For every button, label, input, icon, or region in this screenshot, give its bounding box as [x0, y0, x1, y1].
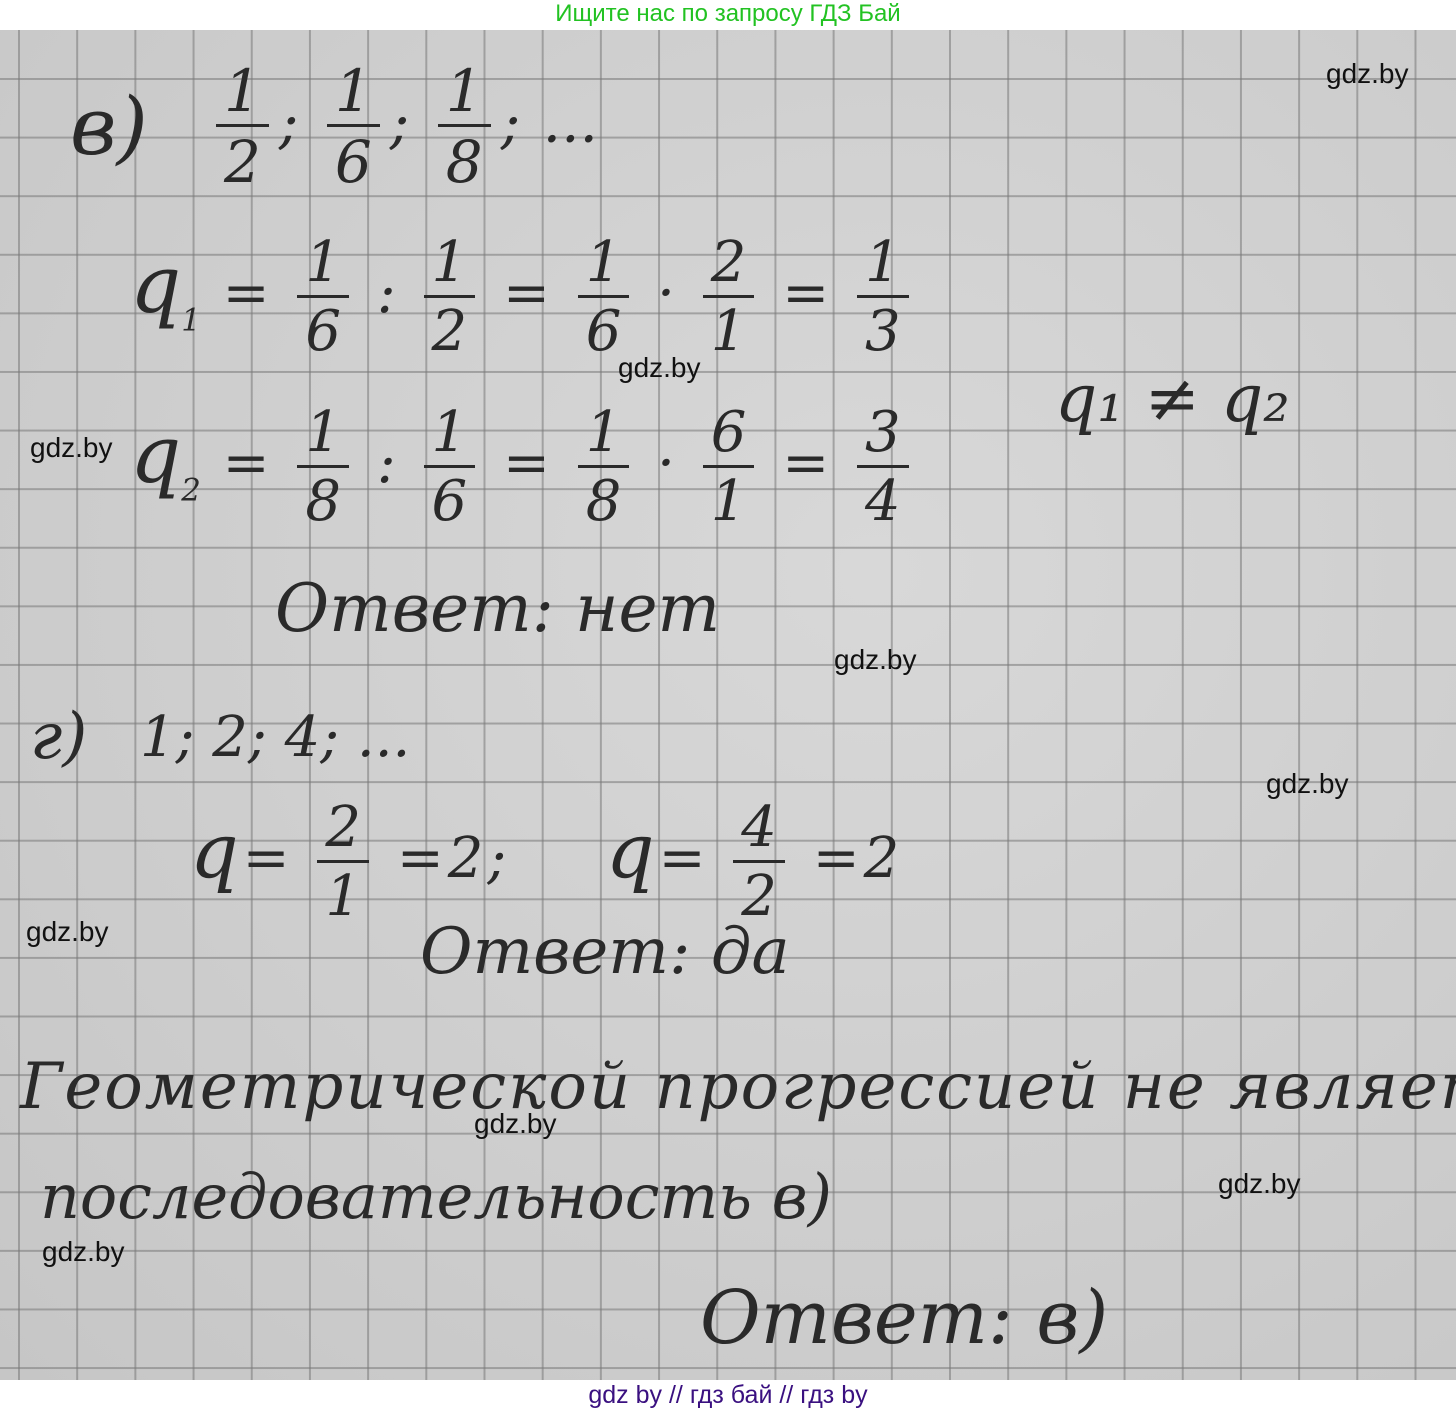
part-v-sequence: 12; 16; 18; ...	[210, 62, 598, 191]
final-answer: Ответ: в)	[700, 1275, 1108, 1361]
search-banner: Ищите нас по запросу ГДЗ Бай	[0, 0, 1456, 30]
watermark: gdz.by	[474, 1110, 557, 1138]
part-v-label: в)	[70, 80, 148, 173]
q1-calculation: q1 = 16 : 12 = 16 · 21 = 13	[130, 235, 915, 360]
answer-g: Ответ: да	[420, 915, 790, 989]
watermark: gdz.by	[1266, 770, 1349, 798]
part-g-label: г)	[30, 700, 87, 774]
conclusion-line-2: последовательность в)	[40, 1160, 832, 1233]
watermark: gdz.by	[618, 354, 701, 382]
watermark: gdz.by	[834, 646, 917, 674]
watermark: gdz.by	[26, 918, 109, 946]
footer-banner: gdz by // гдз бай // гдз by	[0, 1380, 1456, 1412]
conclusion-line-1: Геометрической прогрессией не является	[20, 1050, 1456, 1124]
q2-calculation: q2 = 18 : 16 = 18 · 61 = 34	[130, 405, 915, 530]
answer-v: Ответ: нет	[275, 570, 720, 647]
watermark: gdz.by	[42, 1238, 125, 1266]
q-inequality: q₁ ≠ q₂	[1055, 360, 1290, 437]
watermark: gdz.by	[1326, 60, 1409, 88]
watermark: gdz.by	[30, 434, 113, 462]
part-g-ratios: q= 21 =2; q= 42 =2	[190, 800, 899, 925]
part-g-sequence: 1; 2; 4; ...	[140, 705, 410, 770]
watermark: gdz.by	[1218, 1170, 1301, 1198]
